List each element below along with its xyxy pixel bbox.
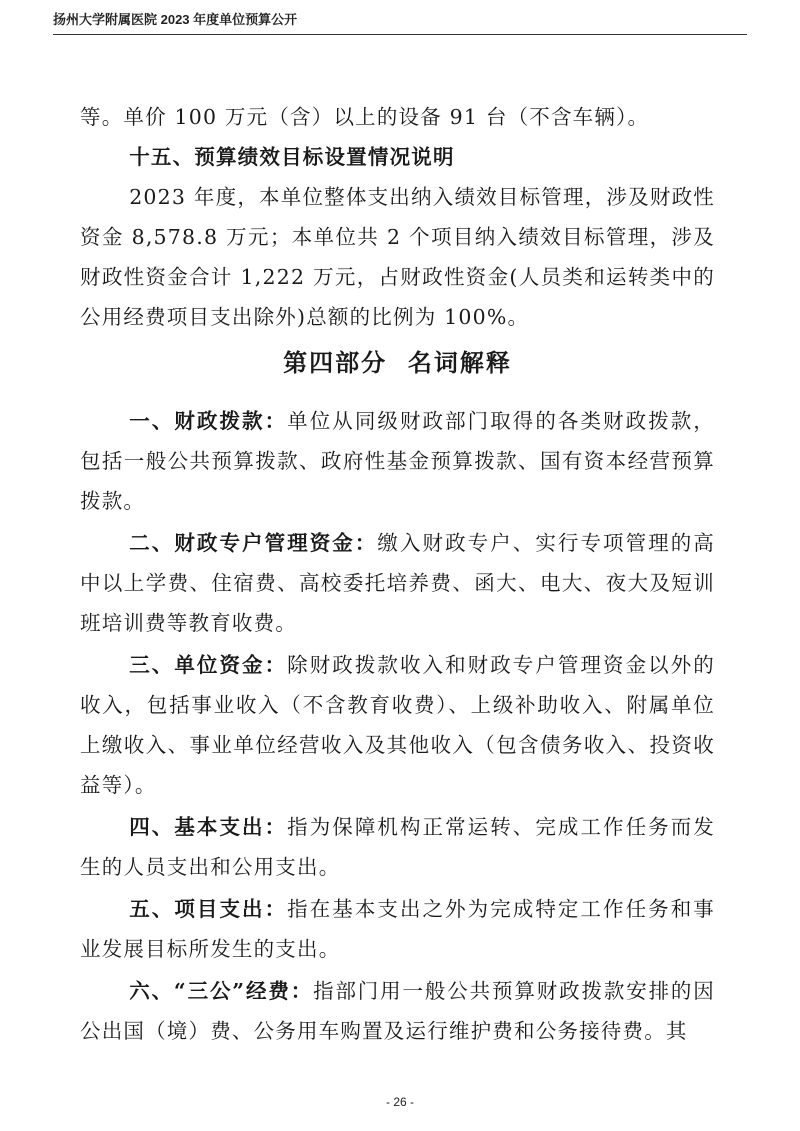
term-label: 二、财政专户管理资金： bbox=[129, 531, 377, 555]
term-paragraph-2: 二、财政专户管理资金：缴入财政专户、实行专项管理的高中以上学费、住宿费、高校委托… bbox=[80, 523, 715, 643]
term-label: 六、“三公”经费： bbox=[129, 979, 313, 1003]
term-paragraph-6: 六、“三公”经费：指部门用一般公共预算财政拨款安排的因公出国（境）费、公务用车购… bbox=[80, 971, 715, 1051]
header-title: 扬州大学附属医院 2023 年度单位预算公开 bbox=[53, 12, 297, 27]
term-paragraph-4: 四、基本支出：指为保障机构正常运转、完成工作任务而发生的人员支出和公用支出。 bbox=[80, 807, 715, 887]
term-paragraph-5: 五、项目支出：指在基本支出之外为完成特定工作任务和事业发展目标所发生的支出。 bbox=[80, 889, 715, 969]
continuation-paragraph: 等。单价 100 万元（含）以上的设备 91 台（不含车辆）。 bbox=[80, 97, 715, 137]
page-number: - 26 - bbox=[0, 1095, 800, 1109]
term-label: 三、单位资金： bbox=[129, 653, 287, 677]
term-label: 四、基本支出： bbox=[129, 815, 287, 839]
term-label: 五、项目支出： bbox=[129, 897, 287, 921]
section-15-paragraph: 2023 年度，本单位整体支出纳入绩效目标管理，涉及财政性资金 8,578.8 … bbox=[80, 177, 715, 337]
term-label: 一、财政拨款： bbox=[129, 409, 287, 433]
page-header: 扬州大学附属医院 2023 年度单位预算公开 bbox=[53, 10, 747, 35]
term-paragraph-3: 三、单位资金：除财政拨款收入和财政专户管理资金以外的收入，包括事业收入（不含教育… bbox=[80, 645, 715, 805]
section-15-title: 十五、预算绩效目标设置情况说明 bbox=[80, 137, 715, 177]
document-body: 等。单价 100 万元（含）以上的设备 91 台（不含车辆）。 十五、预算绩效目… bbox=[80, 97, 715, 1053]
part-4-title: 第四部分 名词解释 bbox=[80, 343, 715, 383]
term-paragraph-1: 一、财政拨款：单位从同级财政部门取得的各类财政拨款，包括一般公共预算拨款、政府性… bbox=[80, 401, 715, 521]
